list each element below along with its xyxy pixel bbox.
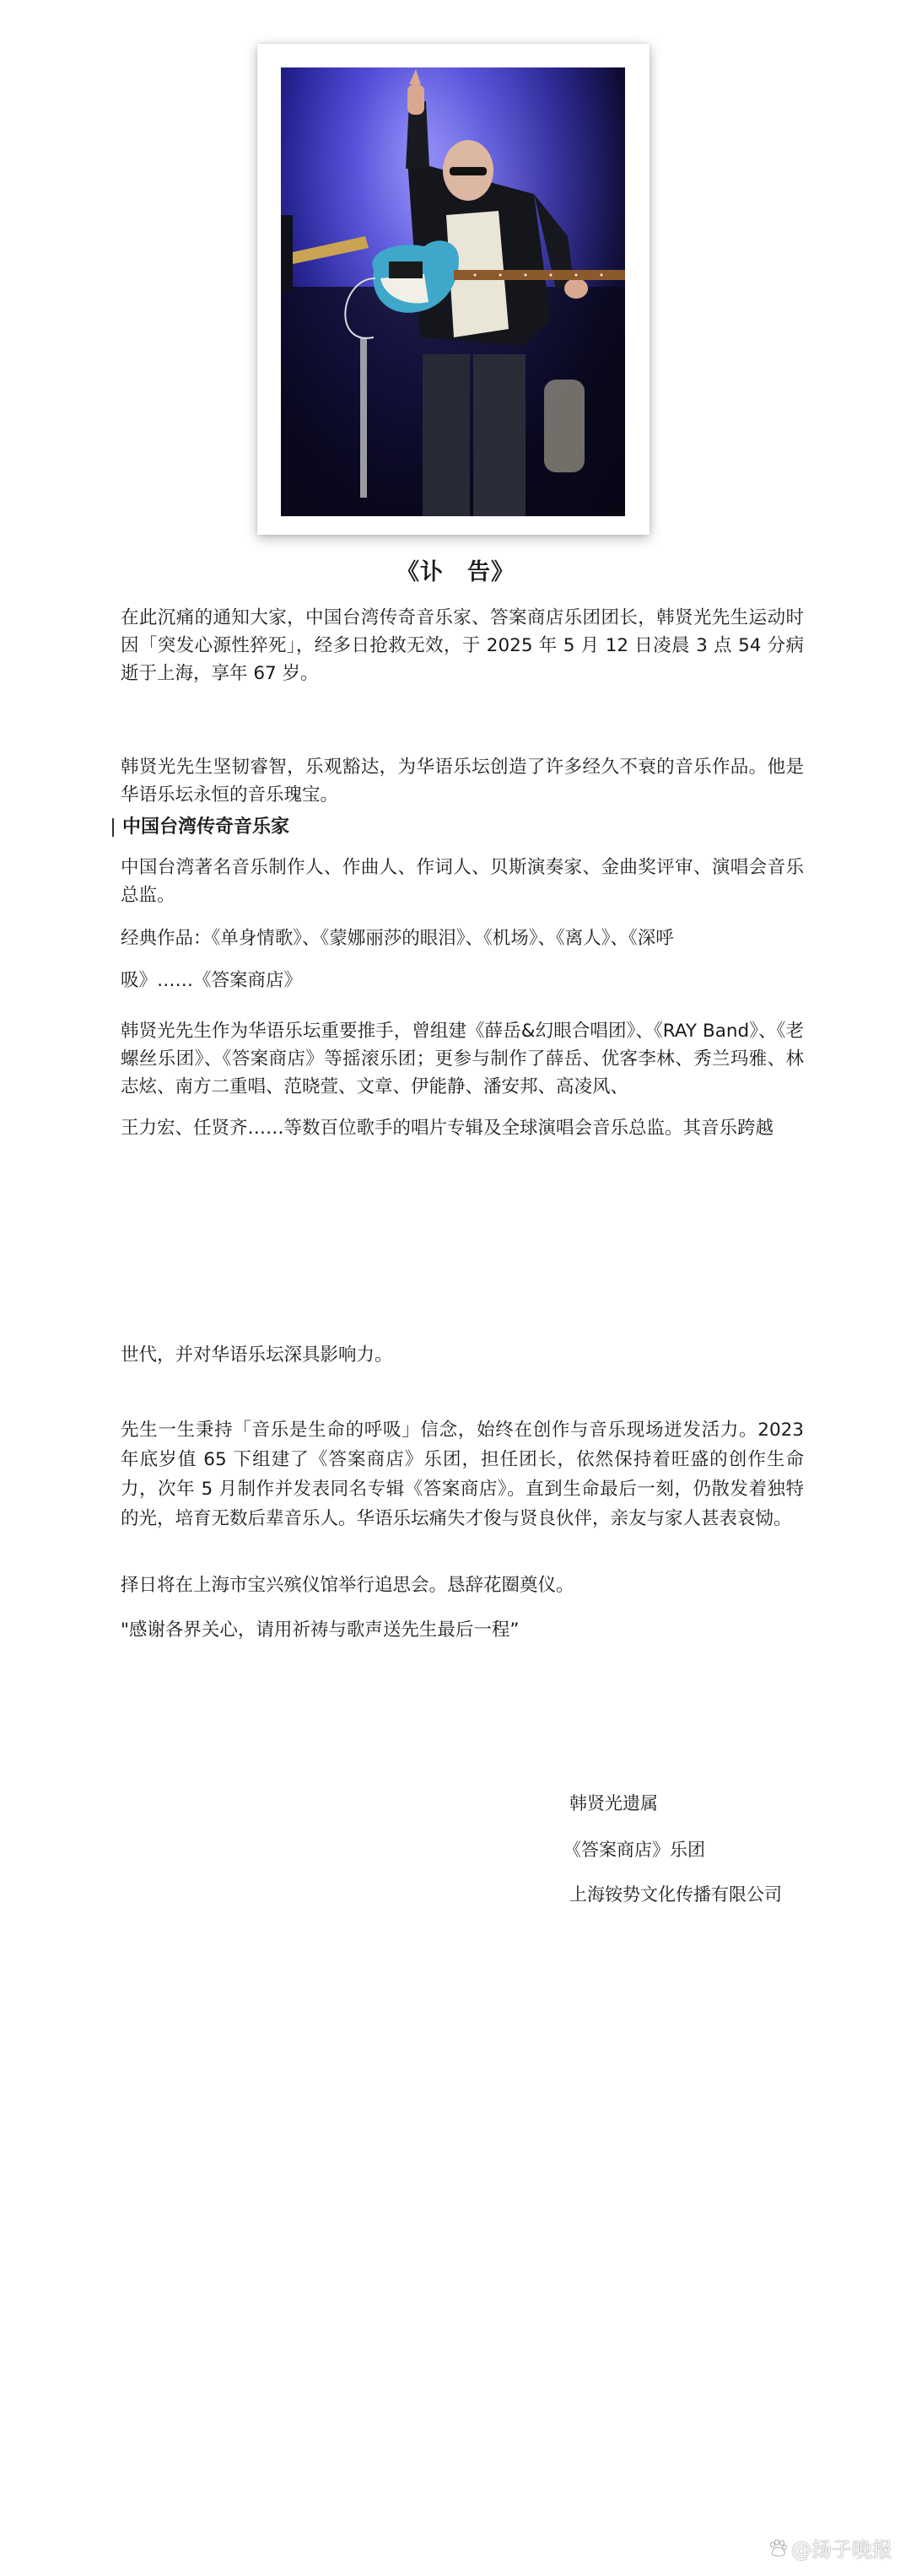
career-paragraph-part1: 韩贤光先生作为华语乐坛重要推手，曾组建《薛岳&幻眼合唱团》、《RAY Band》… <box>121 1017 804 1101</box>
tribute-paragraph: 韩贤光先生坚韧睿智，乐观豁达，为华语乐坛创造了许多经久不衰的音乐作品。他是华语乐… <box>121 753 804 809</box>
baidu-paw-icon <box>768 2538 788 2558</box>
page-title: 《讣 告》 <box>0 553 911 586</box>
roles-paragraph: 中国台湾著名音乐制作人、作曲人、作词人、贝斯演奏家、金曲奖评审、演唱会音乐总监。 <box>121 854 804 909</box>
musician-photo <box>281 67 625 516</box>
memorial-paragraph: 择日将在上海市宝兴殡仪馆举行追思会。恳辞花圈奠仪。 <box>121 1571 804 1599</box>
musician-illustration <box>281 67 625 516</box>
signature-family: 韩贤光遗属 <box>569 1790 658 1815</box>
source-watermark: @扬子晚报 <box>768 2533 892 2563</box>
photo-frame <box>257 44 650 535</box>
legacy-paragraph: 先生一生秉持「音乐是生命的呼吸」信念，始终在创作与音乐现场迸发活力。2023 年… <box>121 1415 804 1533</box>
career-paragraph-part2: 王力宏、任贤齐……等数百位歌手的唱片专辑及全球演唱会音乐总监。其音乐跨越 <box>121 1114 804 1142</box>
signature-company: 上海铵势文化传播有限公司 <box>569 1881 782 1906</box>
signature-band: 《答案商店》乐团 <box>563 1836 705 1862</box>
closing-quote: "感谢各界关心，请用祈祷与歌声送先生最后一程” <box>121 1616 804 1644</box>
classic-works-line1: 经典作品：《单身情歌》、《蒙娜丽莎的眼泪》、《机场》、《离人》、《深呼 <box>121 924 804 952</box>
classic-works-line2: 吸》……《答案商店》 <box>121 967 804 994</box>
watermark-text: @扬子晚报 <box>791 2533 892 2563</box>
career-paragraph-part3: 世代，并对华语乐坛深具影响力。 <box>121 1341 804 1369</box>
announcement-paragraph: 在此沉痛的通知大家，中国台湾传奇音乐家、答案商店乐团团长，韩贤光先生运动时因「突… <box>121 604 804 687</box>
section-heading: 中国台湾传奇音乐家 <box>112 818 289 837</box>
